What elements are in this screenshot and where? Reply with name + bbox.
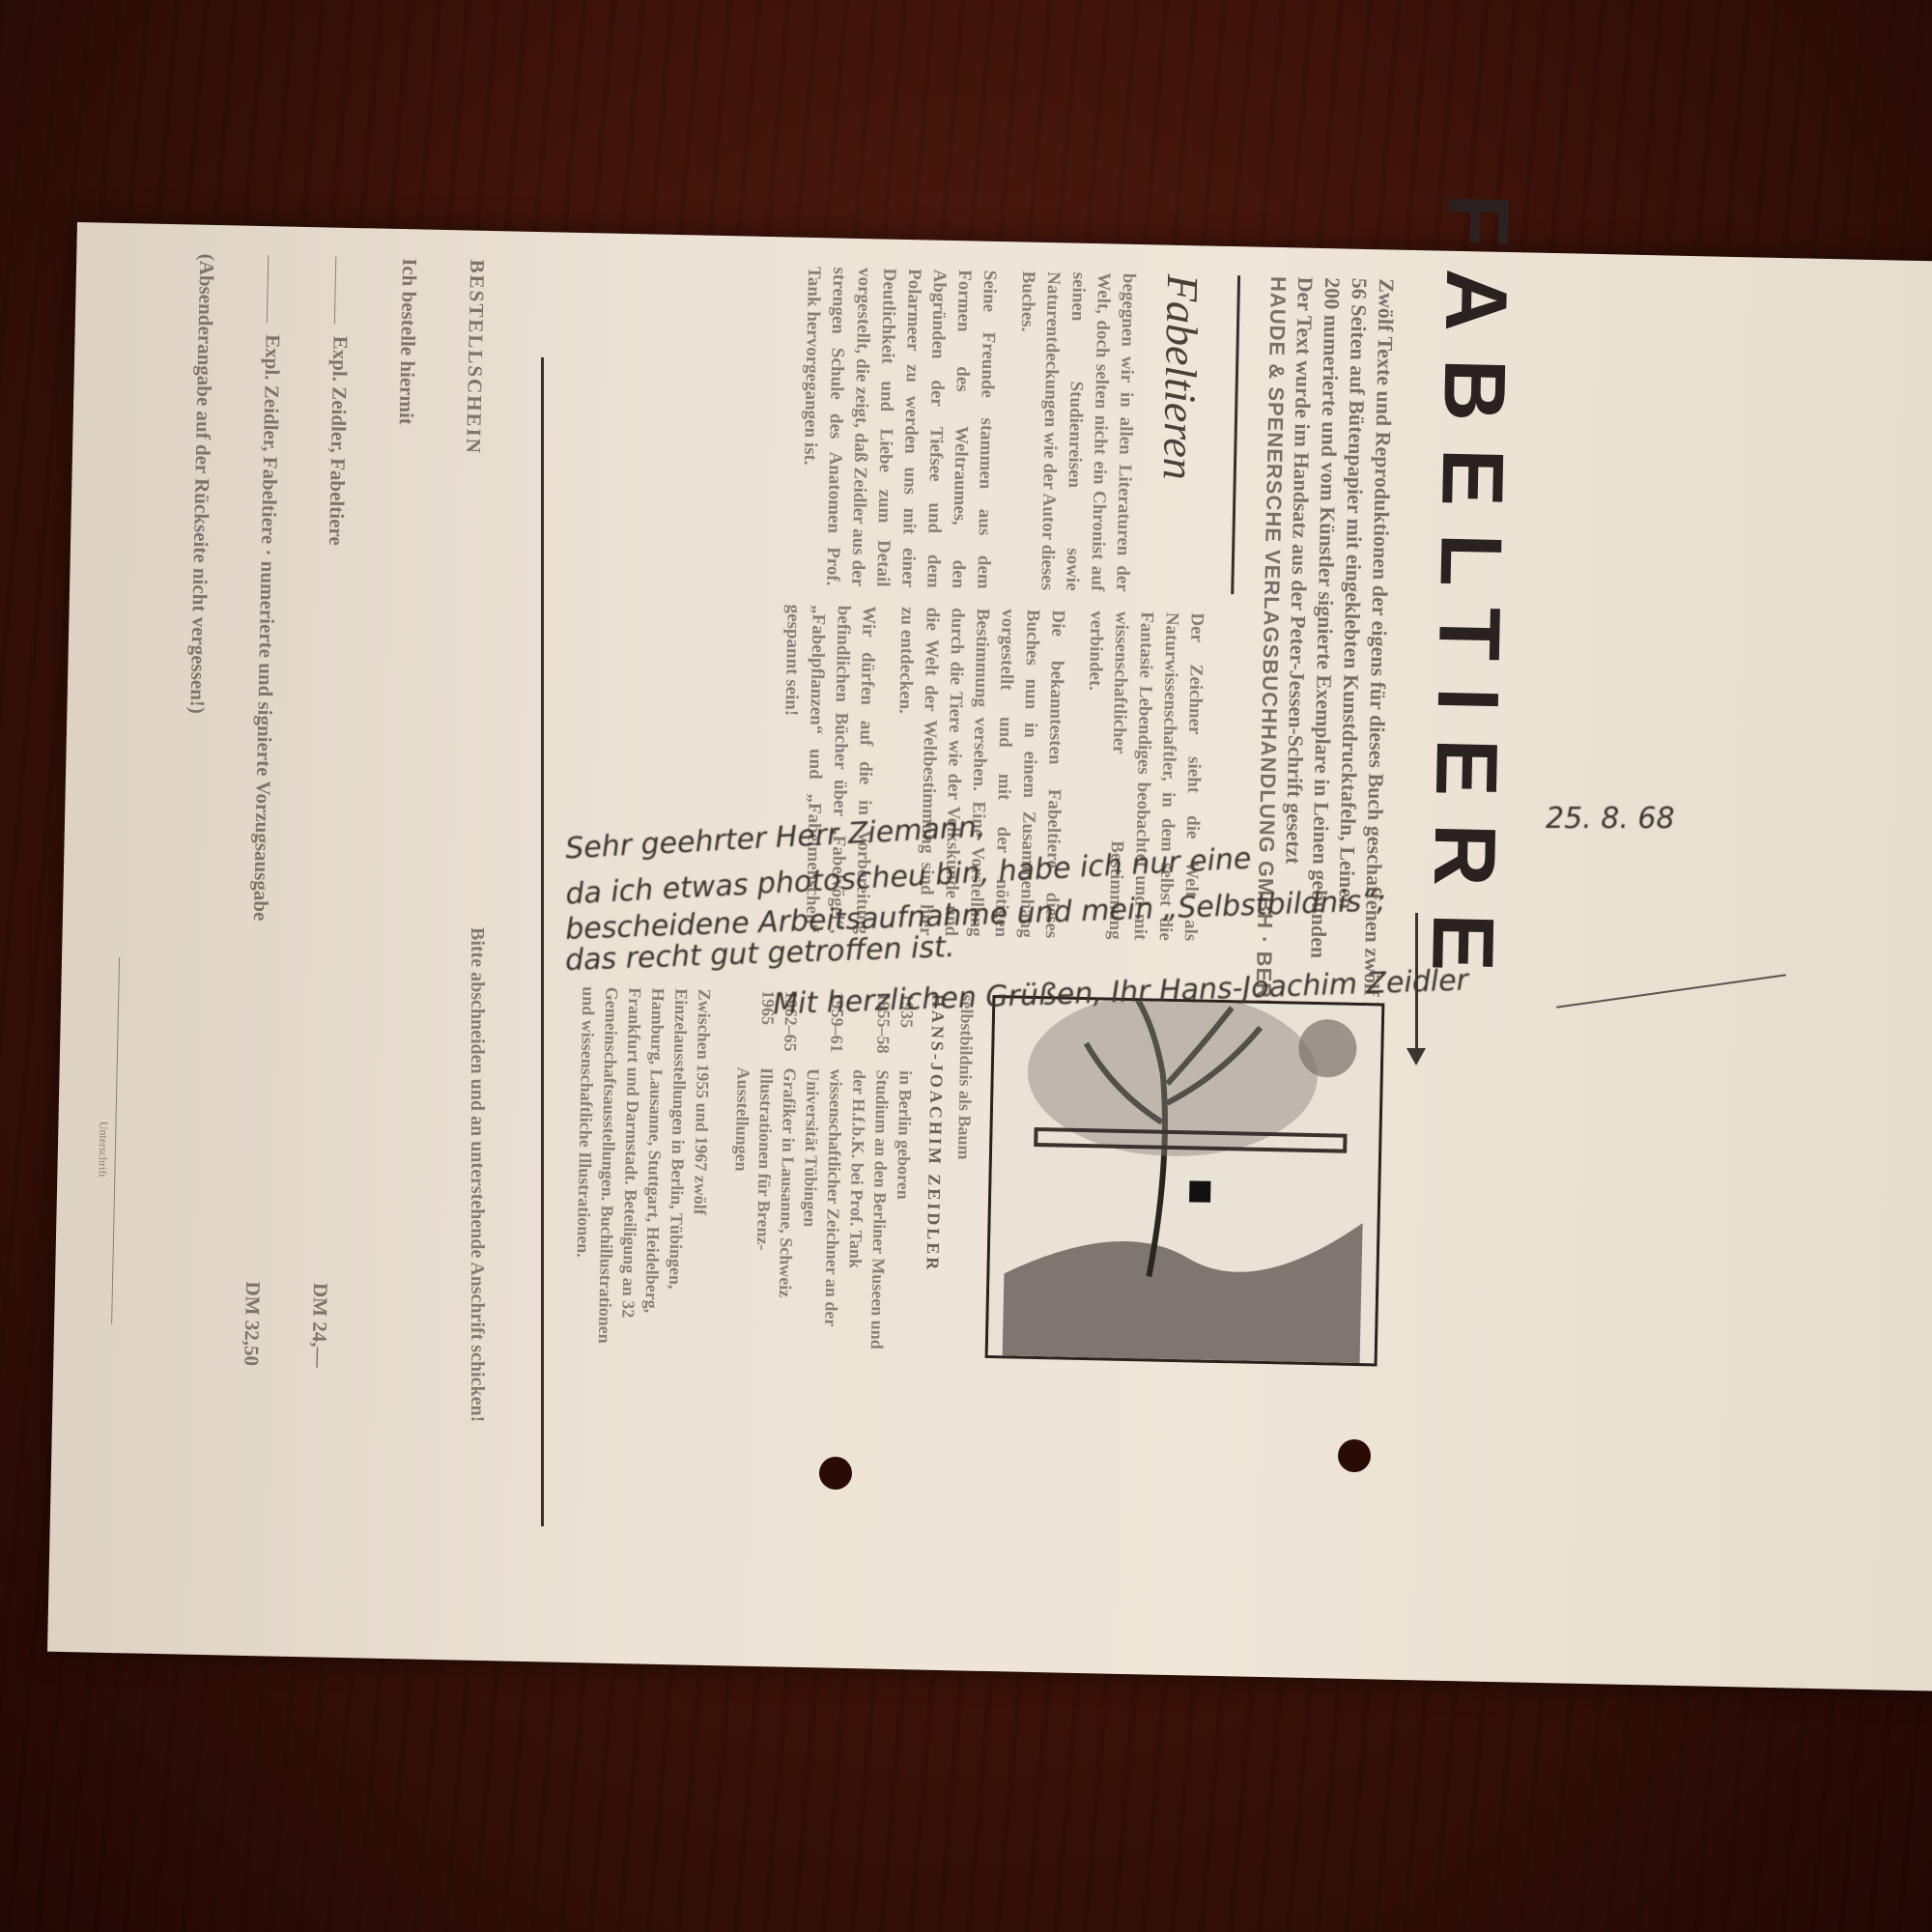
signature-line[interactable] (111, 957, 120, 1324)
self-portrait-illustration (985, 995, 1385, 1366)
cut-instruction: Bitte abschneiden und an unterstehende A… (466, 927, 488, 1507)
divider (1231, 275, 1240, 594)
order-item[interactable]: Expl. Zeidler, Fabeltiere · numerierte u… (237, 255, 289, 1366)
arrow-line (1415, 913, 1418, 1058)
quantity-blank[interactable] (267, 255, 269, 323)
punch-hole (819, 1457, 852, 1490)
article-headline: Fabeltieren (1151, 273, 1207, 593)
tree-drawing-icon (988, 998, 1382, 1363)
signature-label: Unterschrift (95, 1122, 110, 1178)
order-form: BESTELLSCHEIN Ich bestelle hiermit Expl.… (169, 254, 492, 1371)
artist-name: HANS-JOACHIM ZEIDLER (920, 994, 951, 1351)
punch-hole (1338, 1439, 1371, 1472)
article-column-1: Fabeltieren begegnen wir in allen Litera… (781, 266, 1216, 593)
order-note: (Absenderangabe auf der Rückseite nicht … (169, 254, 221, 1365)
order-item[interactable]: Expl. Zeidler, FabeltiereDM 24,— (304, 256, 356, 1367)
bio-entry: 1959–61wissenschaftlicher Zeichner an de… (796, 991, 850, 1350)
cut-rule (541, 357, 544, 1526)
artist-bio: selbstbildnis als Baum HANS-JOACHIM ZEID… (553, 986, 980, 1352)
bio-entry: 1955–58Studium an den Berliner Museen un… (842, 992, 896, 1350)
bio-entry: 1965Illustrationen für Brenz-Ausstellung… (726, 989, 781, 1348)
book-title: FABELTIERE (1410, 192, 1526, 999)
handwritten-date: 25. 8. 68 (1546, 802, 1675, 836)
arrow-down-icon (1406, 1048, 1426, 1065)
printed-sheet: FABELTIERE Zwölf Texte und Reproduktione… (47, 222, 1932, 1692)
quantity-blank[interactable] (334, 257, 336, 325)
